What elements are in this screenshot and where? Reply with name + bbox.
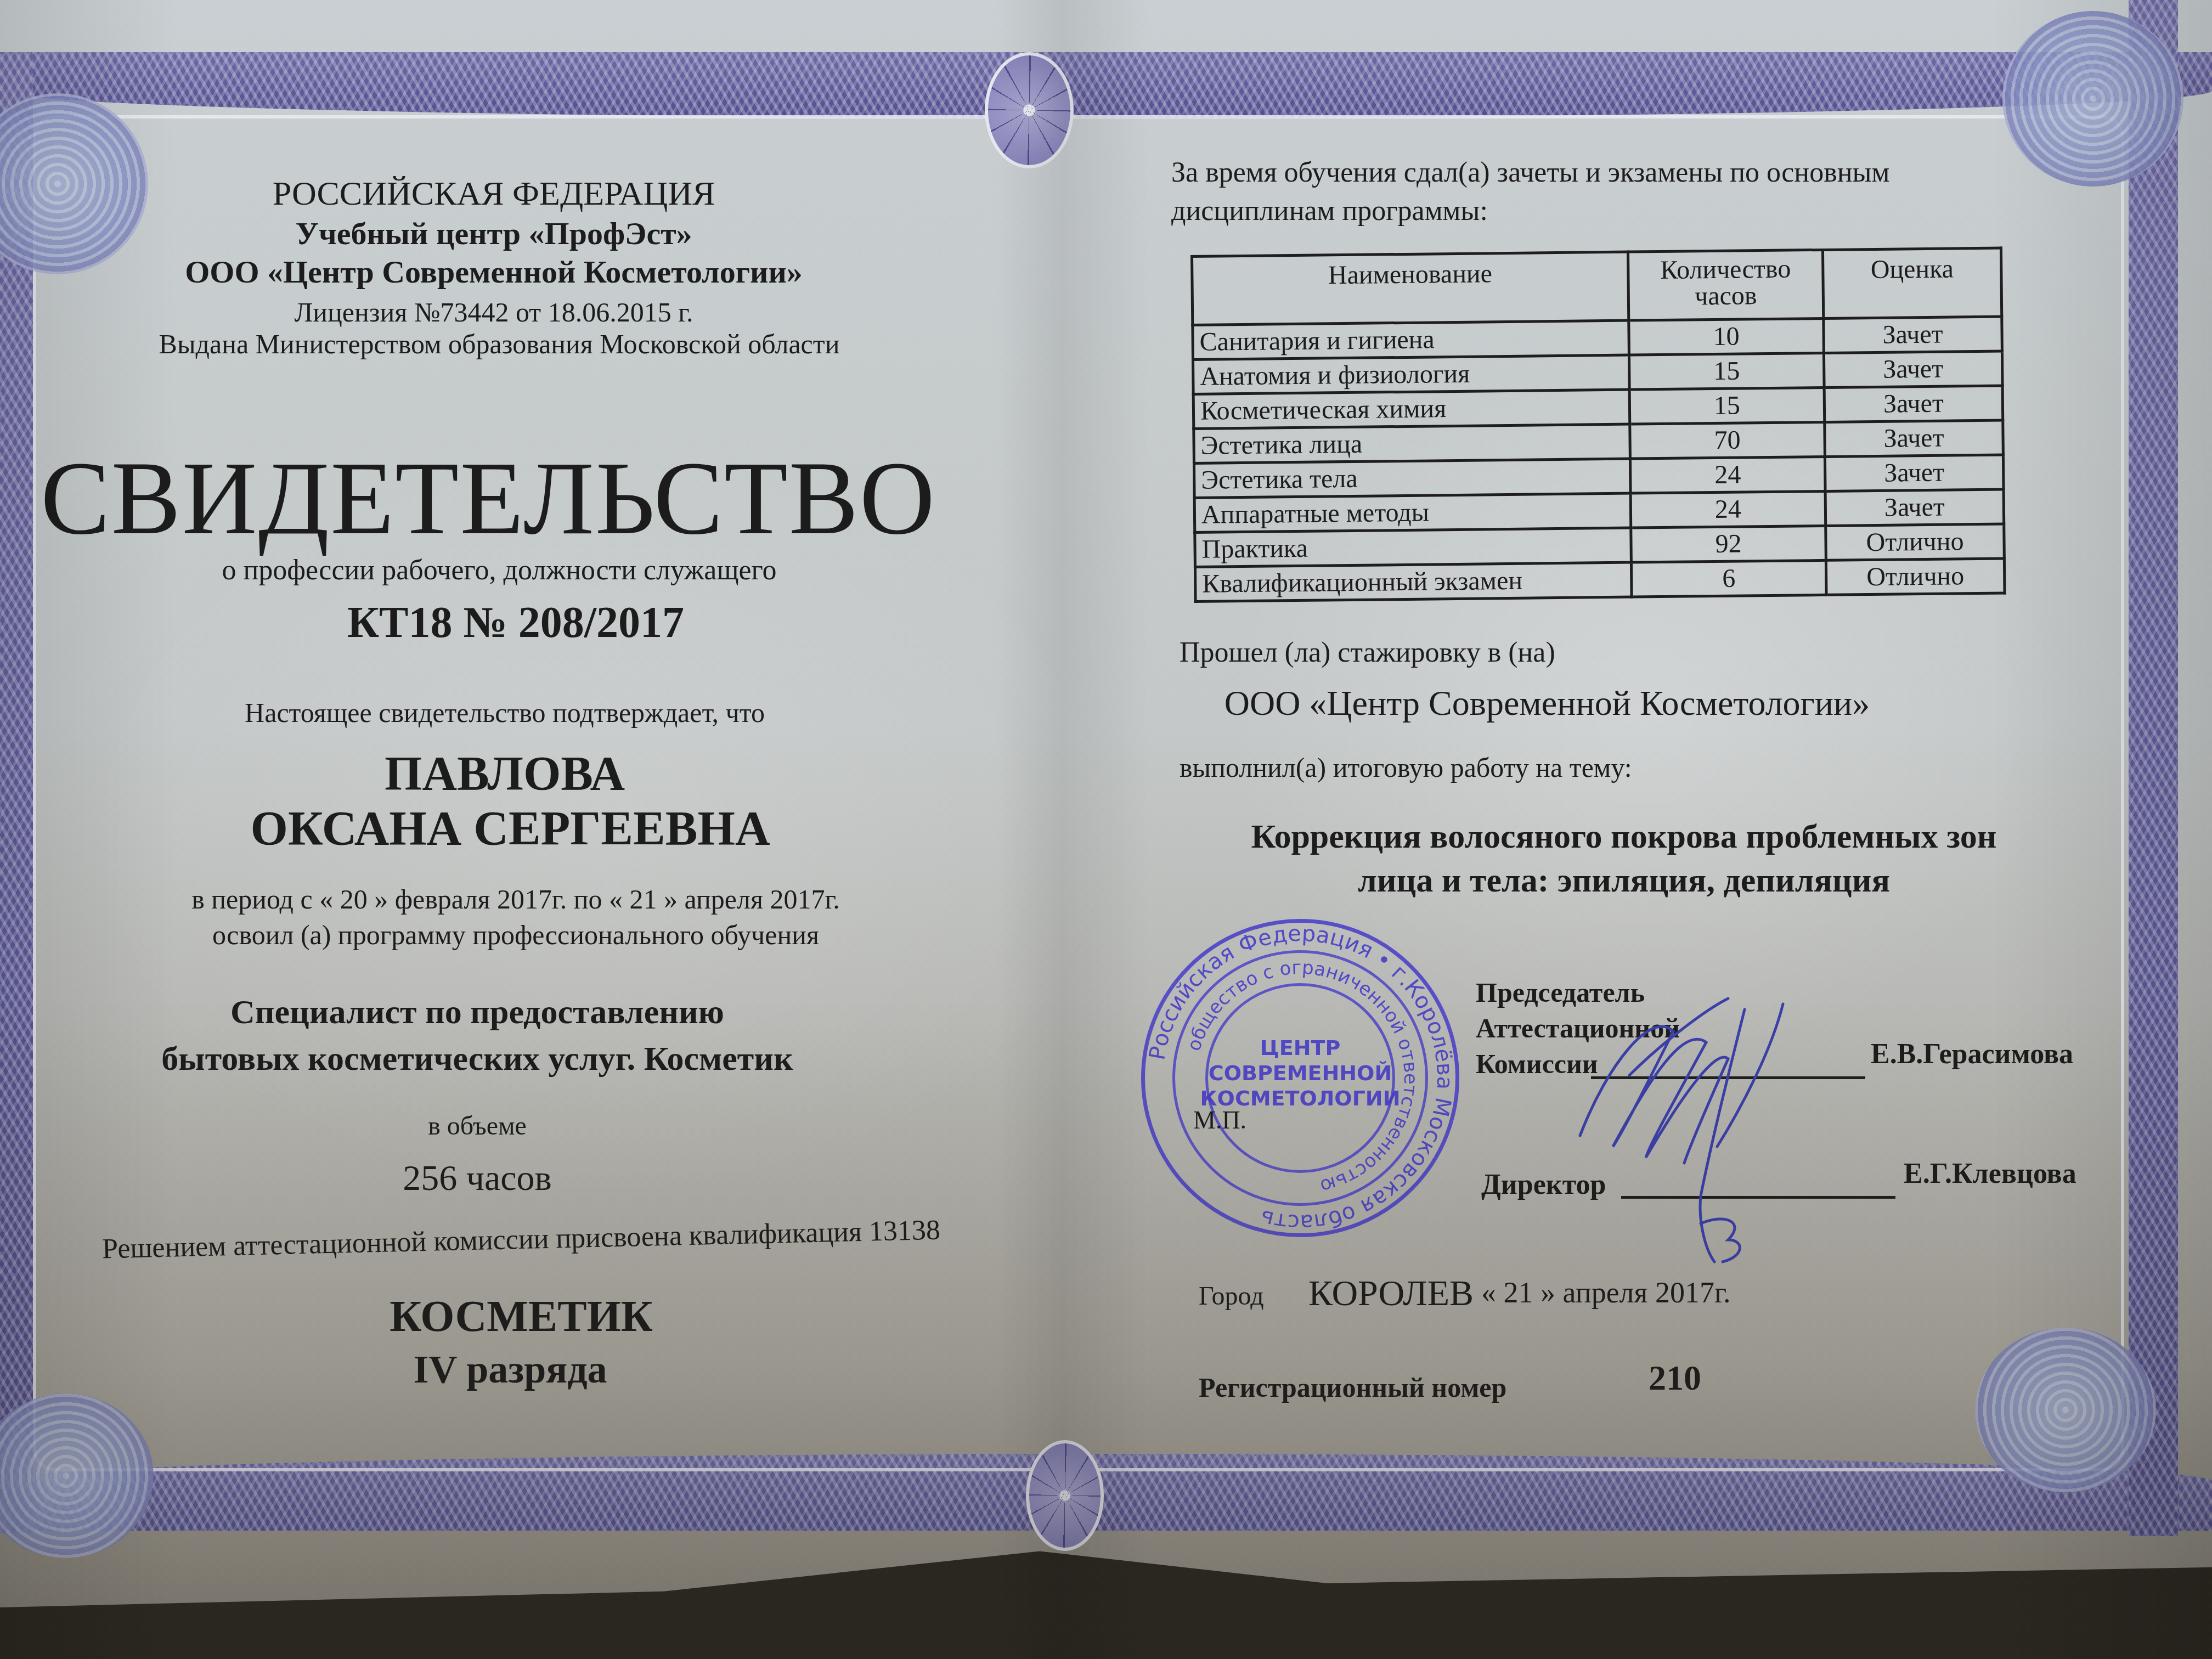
column-header-hours: Количество часов: [1628, 250, 1823, 320]
discipline-grade: Отлично: [1826, 558, 2005, 595]
chairman-label-line2: Аттестационной: [1476, 1012, 1680, 1044]
discipline-hours: 6: [1631, 560, 1826, 597]
chairman-name: Е.В.Герасимова: [1871, 1038, 2073, 1070]
internship-organization: ООО «Центр Современной Косметологии»: [1224, 683, 1870, 724]
column-header-hours-line1: Количество: [1660, 255, 1791, 285]
director-signature-line: [1621, 1196, 1895, 1199]
discipline-hours: 24: [1630, 491, 1826, 528]
final-work-topic-line1: Коррекция волосяного покрова проблемных …: [1251, 817, 1997, 856]
column-header-name: Наименование: [1192, 252, 1629, 325]
discipline-name: Эстетика лица: [1194, 424, 1630, 463]
organization-name: ООО «Центр Современной Косметологии»: [185, 253, 803, 290]
discipline-name: Эстетика тела: [1194, 459, 1630, 498]
volume-label: в объеме: [428, 1111, 527, 1141]
program-name-line2: бытовых косметических услуг. Косметик: [161, 1040, 793, 1079]
discipline-grade: Зачет: [1825, 455, 2004, 491]
discipline-hours: 15: [1629, 387, 1825, 424]
exams-intro-line1: За время обучения сдал(а) зачеты и экзам…: [1171, 156, 1889, 189]
confirm-text: Настоящее свидетельство подтверждает, чт…: [245, 697, 765, 729]
issue-date: « 21 » апреля 2017г.: [1481, 1276, 1730, 1310]
discipline-hours: 70: [1630, 422, 1825, 459]
discipline-grade: Отлично: [1826, 524, 2005, 560]
program-name-line1: Специалист по предоставлению: [230, 993, 724, 1032]
column-header-grade: Оценка: [1822, 248, 2001, 318]
document-subtitle: о профессии рабочего, должности служащег…: [222, 554, 776, 586]
license-issuer: Выдана Министерством образования Московс…: [159, 328, 840, 360]
final-work-topic-line2: лица и тела: эпиляция, депиляция: [1358, 861, 1890, 900]
holder-given-names: ОКСАНА СЕРГЕЕВНА: [251, 801, 770, 856]
training-center-name: Учебный центр «ПрофЭст»: [295, 215, 692, 252]
discipline-name: Анатомия и физиология: [1193, 355, 1629, 394]
discipline-hours: 15: [1629, 353, 1824, 390]
column-header-hours-line2: часов: [1695, 281, 1757, 311]
discipline-grade: Зачет: [1824, 351, 2002, 387]
qualification: КОСМЕТИК: [390, 1292, 652, 1342]
registration-number: 210: [1649, 1358, 1701, 1398]
discipline-grade: Зачет: [1824, 386, 2003, 422]
seal-place-mark: М.П.: [1193, 1105, 1246, 1135]
license-info: Лицензия №73442 от 18.06.2015 г.: [294, 296, 693, 328]
seal-center-text: ЦЕНТР СОВРЕМЕННОЙ КОСМЕТОЛОГИИ: [1200, 1035, 1401, 1111]
chairman-label-line1: Председатель: [1476, 977, 1645, 1008]
exams-intro-line2: дисциплинам программы:: [1171, 195, 1488, 227]
holder-surname: ПАВЛОВА: [385, 746, 625, 802]
city-value: КОРОЛЕВ: [1308, 1273, 1474, 1314]
final-work-label: выполнил(а) итоговую работу на тему:: [1180, 752, 1632, 783]
discipline-grade: Зачет: [1825, 489, 2004, 526]
document-number: КТ18 № 208/2017: [347, 598, 684, 648]
discipline-name: Практика: [1195, 528, 1632, 567]
mastered-text: освоил (а) программу профессионального о…: [212, 919, 819, 951]
discipline-hours: 10: [1629, 318, 1824, 355]
director-label: Директор: [1481, 1169, 1606, 1201]
discipline-name: Косметическая химия: [1193, 390, 1630, 428]
chairman-label-line3: Комиссии: [1476, 1048, 1598, 1080]
discipline-name: Аппаратные методы: [1194, 493, 1631, 532]
qualification-grade: IV разряда: [413, 1347, 607, 1392]
discipline-hours: 24: [1630, 456, 1825, 493]
study-period: в период с « 20 » февраля 2017г. по « 21…: [191, 883, 840, 915]
disciplines-table: Наименование Количество часов Оценка Сан…: [1190, 247, 2006, 603]
discipline-hours: 92: [1631, 526, 1826, 562]
registration-label: Регистрационный номер: [1199, 1372, 1506, 1403]
discipline-grade: Зачет: [1824, 317, 2002, 353]
discipline-name: Санитария и гигиена: [1193, 320, 1629, 359]
city-label: Город: [1199, 1281, 1264, 1311]
chairman-signature-line: [1591, 1076, 1865, 1079]
internship-label: Прошел (ла) стажировку в (на): [1180, 636, 1555, 669]
seal-center-line2: СОВРЕМЕННОЙ: [1200, 1060, 1401, 1086]
discipline-name: Квалификационный экзамен: [1195, 562, 1632, 601]
volume-value: 256 часов: [403, 1158, 551, 1199]
organization-seal: Российская Федерация • г.Королёва Москов…: [1141, 919, 1459, 1237]
seal-center-line1: ЦЕНТР: [1200, 1035, 1401, 1060]
table-header-row: Наименование Количество часов Оценка: [1192, 248, 2002, 325]
director-name: Е.Г.Клевцова: [1904, 1158, 2076, 1190]
country-heading: РОССИЙСКАЯ ФЕДЕРАЦИЯ: [273, 174, 715, 213]
document-title: СВИДЕТЕЛЬСТВО: [41, 439, 936, 558]
discipline-grade: Зачет: [1825, 420, 2004, 456]
